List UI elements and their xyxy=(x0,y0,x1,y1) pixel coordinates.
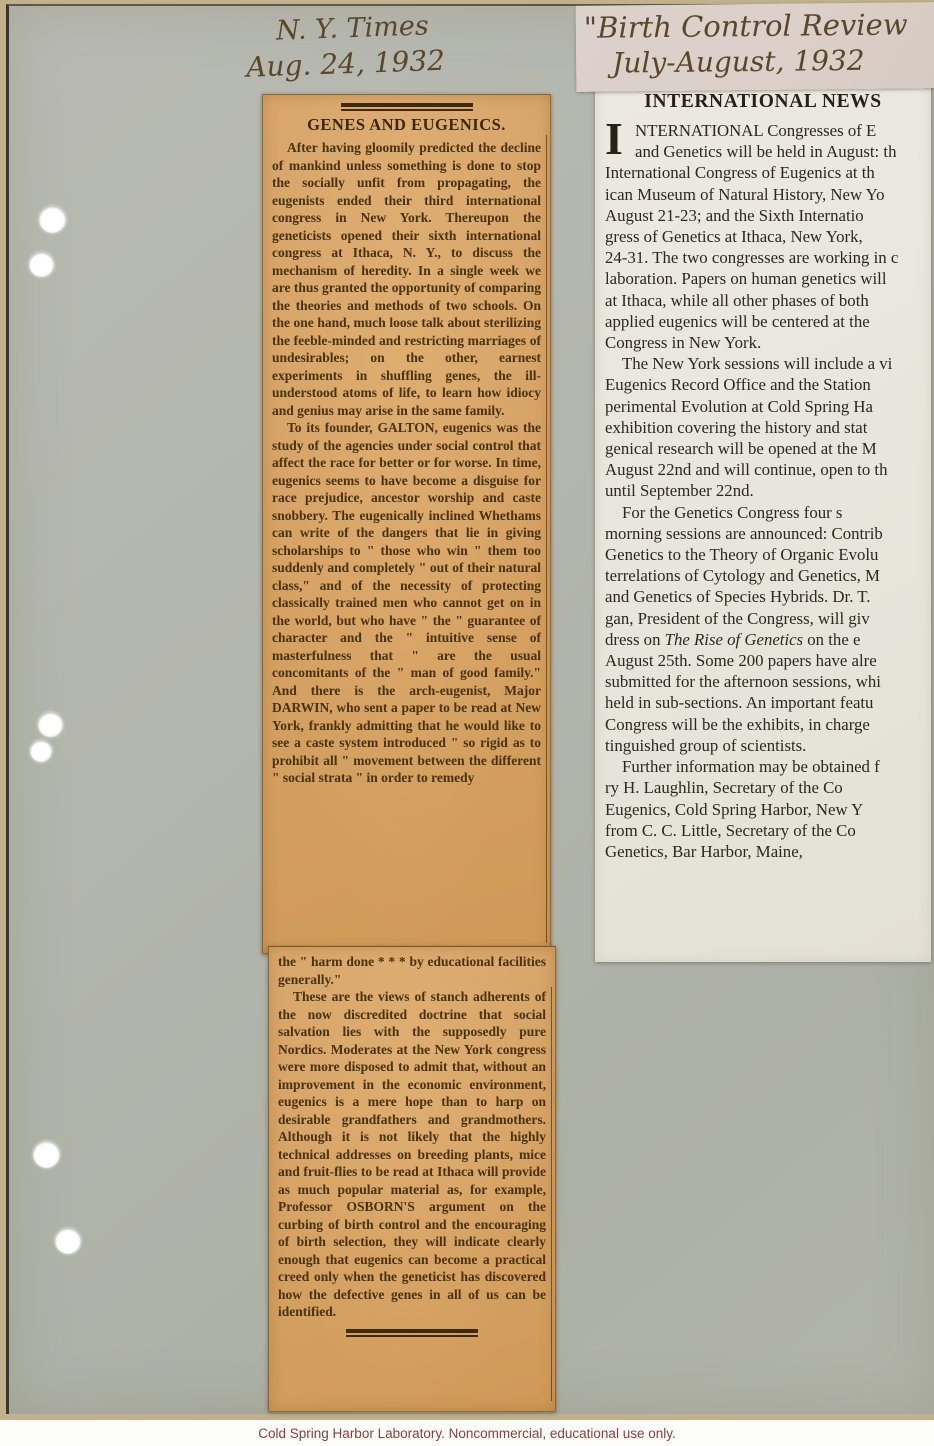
print-line: laboration. Papers on human genetics wil… xyxy=(605,268,931,289)
print-line: August 22nd and will continue, open to t… xyxy=(605,459,931,480)
print-line: Eugenics Record Office and the Station xyxy=(605,374,931,395)
handwritten-label-nytimes: N. Y. Times Aug. 24, 1932 xyxy=(237,8,469,85)
print-text: exhibition covering the history and stat xyxy=(605,418,867,437)
print-text: ry H. Laughlin, Secretary of the Co xyxy=(605,778,843,797)
print-text: and Genetics will be held in August: th xyxy=(635,142,896,161)
left-clipping-piece1-text: After having gloomily predicted the decl… xyxy=(263,139,550,787)
clipping-nytimes-upper: GENES AND EUGENICS. After having gloomil… xyxy=(262,94,551,954)
print-text: Congress in New York. xyxy=(605,333,761,352)
print-line: genical research will be opened at the M xyxy=(605,438,931,459)
print-line: August 25th. Some 200 papers have alre xyxy=(605,650,931,671)
newsprint-paragraph: To its founder, GALTON, eugenics was the… xyxy=(272,419,541,787)
print-text: Further information may be obtained f xyxy=(622,757,880,776)
punch-hole xyxy=(30,740,52,762)
print-line: The New York sessions will include a vi xyxy=(605,353,931,374)
print-line: ry H. Laughlin, Secretary of the Co xyxy=(605,777,931,798)
print-line: Eugenics, Cold Spring Harbor, New Y xyxy=(605,799,931,820)
headline-rule xyxy=(341,103,473,111)
handwritten-source: "Birth Control Review xyxy=(576,2,934,46)
punch-hole xyxy=(39,206,66,233)
print-text: August 22nd and will continue, open to t… xyxy=(605,460,887,479)
punch-hole xyxy=(29,252,54,277)
clipping-nytimes-lower: the " harm done * * * by educational fac… xyxy=(268,946,556,1412)
print-line: Genetics, Bar Harbor, Maine, xyxy=(605,841,931,862)
drop-cap: I xyxy=(605,118,623,160)
credit-text: Cold Spring Harbor Laboratory. Noncommer… xyxy=(258,1426,675,1441)
print-line: Genetics to the Theory of Organic Evolu xyxy=(605,544,931,565)
print-text: terrelations of Cytology and Genetics, M xyxy=(605,566,880,585)
print-line: at Ithaca, while all other phases of bot… xyxy=(605,290,931,311)
print-line: until September 22nd. xyxy=(605,480,931,501)
print-line: from C. C. Little, Secretary of the Co xyxy=(605,820,931,841)
print-text: August 25th. Some 200 papers have alre xyxy=(605,651,877,670)
article-title: GENES AND EUGENICS. xyxy=(263,115,550,135)
print-line: tinguished group of scientists. xyxy=(605,735,931,756)
print-text: Genetics, Bar Harbor, Maine, xyxy=(605,842,803,861)
print-text: Eugenics Record Office and the Station xyxy=(605,375,871,394)
print-line: perimental Evolution at Cold Spring Ha xyxy=(605,396,931,417)
print-line: NTERNATIONAL Congresses of E xyxy=(605,120,931,141)
print-text: NTERNATIONAL Congresses of E xyxy=(635,121,876,140)
print-line: and Genetics will be held in August: th xyxy=(605,141,931,162)
print-line: morning sessions are announced: Contrib xyxy=(605,523,931,544)
print-text: on the e xyxy=(803,630,860,649)
print-text: International Congress of Eugenics at th xyxy=(605,163,875,182)
print-text: and Genetics of Species Hybrids. Dr. T. xyxy=(605,587,871,606)
print-text: laboration. Papers on human genetics wil… xyxy=(605,269,887,288)
print-line: Congress will be the exhibits, in charge xyxy=(605,714,931,735)
print-line: ican Museum of Natural History, New Yo xyxy=(605,184,931,205)
print-text: gress of Genetics at Ithaca, New York, xyxy=(605,227,863,246)
print-text: applied eugenics will be centered at the xyxy=(605,312,870,331)
print-text: from C. C. Little, Secretary of the Co xyxy=(605,821,856,840)
print-text: until September 22nd. xyxy=(605,481,754,500)
print-text: dress on xyxy=(605,630,665,649)
print-text: August 21-23; and the Sixth Internatio xyxy=(605,206,864,225)
print-text: at Ithaca, while all other phases of bot… xyxy=(605,291,869,310)
handwritten-date: July-August, 1932 xyxy=(576,42,934,81)
print-text: held in sub-sections. An important featu xyxy=(605,693,873,712)
print-text: ican Museum of Natural History, New Yo xyxy=(605,185,885,204)
print-text: tinguished group of scientists. xyxy=(605,736,806,755)
handwritten-label-birth-control-review: "Birth Control Review July-August, 1932 xyxy=(576,2,934,92)
print-text: For the Genetics Congress four s xyxy=(622,503,842,522)
print-text: morning sessions are announced: Contrib xyxy=(605,524,883,543)
print-line: dress on The Rise of Genetics on the e xyxy=(605,629,931,650)
print-text: submitted for the afternoon sessions, wh… xyxy=(605,672,881,691)
print-line: 24-31. The two congresses are working in… xyxy=(605,247,931,268)
newsprint-paragraph: the " harm done * * * by educational fac… xyxy=(278,953,546,988)
print-text: 24-31. The two congresses are working in… xyxy=(605,248,898,267)
print-line: and Genetics of Species Hybrids. Dr. T. xyxy=(605,586,931,607)
italic-title-text: The Rise of Genetics xyxy=(665,630,803,649)
clipping-birth-control-review: INTERNATIONAL NEWS I NTERNATIONAL Congre… xyxy=(595,84,931,962)
print-text: The New York sessions will include a vi xyxy=(622,354,892,373)
print-line: exhibition covering the history and stat xyxy=(605,417,931,438)
newsprint-paragraph: After having gloomily predicted the decl… xyxy=(272,139,541,419)
newsprint-paragraph: These are the views of stanch adherents … xyxy=(278,988,546,1321)
print-line: applied eugenics will be centered at the xyxy=(605,311,931,332)
print-line: International Congress of Eugenics at th xyxy=(605,162,931,183)
end-rule xyxy=(346,1329,478,1337)
left-clipping-piece2-text: the " harm done * * * by educational fac… xyxy=(269,947,555,1321)
print-text: genical research will be opened at the M xyxy=(605,439,877,458)
punch-hole xyxy=(38,712,63,737)
credit-strip: Cold Spring Harbor Laboratory. Noncommer… xyxy=(0,1420,934,1446)
print-text: Eugenics, Cold Spring Harbor, New Y xyxy=(605,800,863,819)
print-line: Congress in New York. xyxy=(605,332,931,353)
print-line: August 21-23; and the Sixth Internatio xyxy=(605,205,931,226)
print-line: submitted for the afternoon sessions, wh… xyxy=(605,671,931,692)
right-clipping-lines: I NTERNATIONAL Congresses of Eand Geneti… xyxy=(595,120,931,862)
print-text: perimental Evolution at Cold Spring Ha xyxy=(605,397,873,416)
punch-hole xyxy=(55,1228,81,1254)
print-text: gan, President of the Congress, will giv xyxy=(605,609,870,628)
print-line: For the Genetics Congress four s xyxy=(605,502,931,523)
print-line: Further information may be obtained f xyxy=(605,756,931,777)
print-line: gress of Genetics at Ithaca, New York, xyxy=(605,226,931,247)
print-line: gan, President of the Congress, will giv xyxy=(605,608,931,629)
print-line: held in sub-sections. An important featu xyxy=(605,692,931,713)
print-text: Congress will be the exhibits, in charge xyxy=(605,715,870,734)
print-text: Genetics to the Theory of Organic Evolu xyxy=(605,545,878,564)
punch-hole xyxy=(33,1141,60,1168)
print-line: terrelations of Cytology and Genetics, M xyxy=(605,565,931,586)
